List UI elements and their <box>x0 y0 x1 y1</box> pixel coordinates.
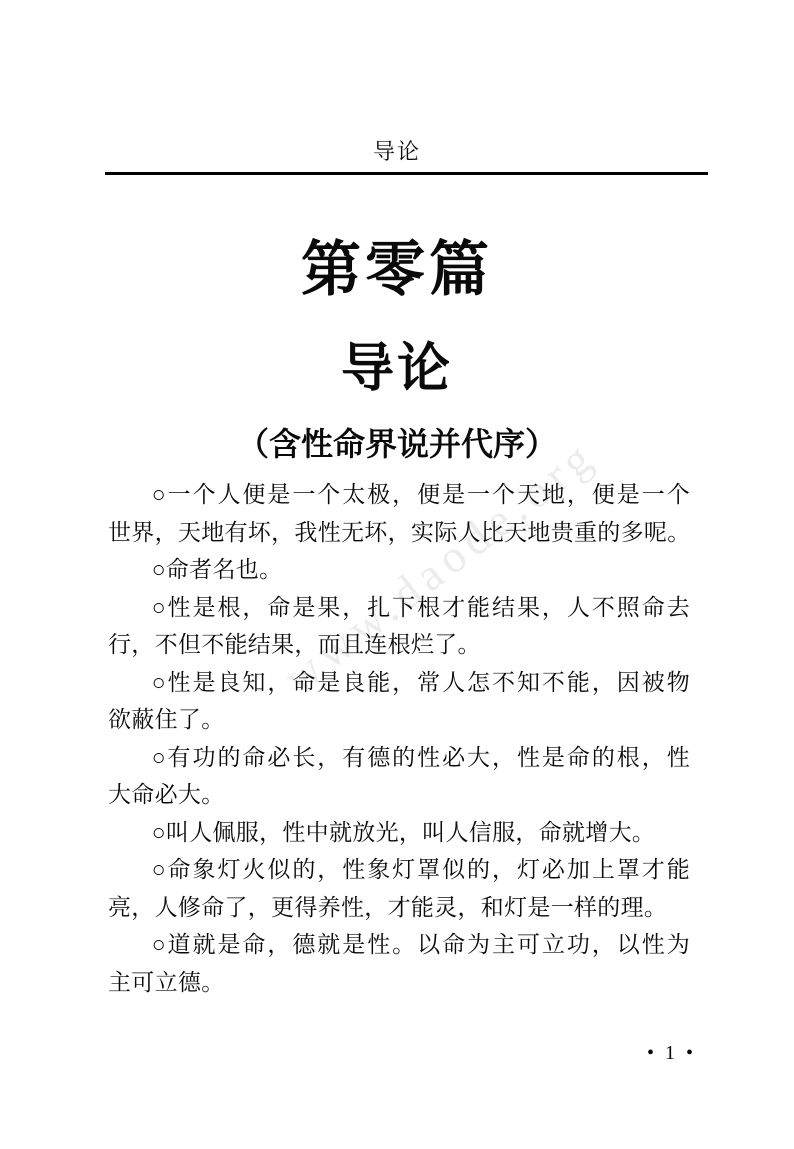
text-line: 世界，天地有坏，我性无坏，实际人比天地贵重的多呢。 <box>108 514 690 552</box>
text-line: ○性是根，命是果，扎下根才能结果，人不照命去 <box>108 589 690 627</box>
text-line: ○性是良知，命是良能，常人怎不知不能，因被物 <box>108 664 690 702</box>
text-line: 主可立德。 <box>108 964 690 1002</box>
text-line: ○有功的命必长，有德的性必大，性是命的根，性 <box>108 739 690 777</box>
text-line: ○叫人佩服，性中就放光，叫人信服，命就增大。 <box>108 814 690 852</box>
text-line: 亮，人修命了，更得养性，才能灵，和灯是一样的理。 <box>108 889 690 927</box>
text-line: 大命必大。 <box>108 776 690 814</box>
text-line: ○一个人便是一个太极，便是一个天地，便是一个 <box>108 476 690 514</box>
paragraph: ○有功的命必长，有德的性必大，性是命的根，性 大命必大。 <box>108 739 690 814</box>
paragraph: ○命象灯火似的，性象灯罩似的，灯必加上罩才能 亮，人修命了，更得养性，才能灵，和… <box>108 851 690 926</box>
paragraph: ○一个人便是一个太极，便是一个天地，便是一个 世界，天地有坏，我性无坏，实际人比… <box>108 476 690 551</box>
running-header: 导论 <box>0 135 794 166</box>
text-line: 行，不但不能结果，而且连根烂了。 <box>108 626 690 664</box>
body-text: ○一个人便是一个太极，便是一个天地，便是一个 世界，天地有坏，我性无坏，实际人比… <box>108 476 690 1001</box>
document-page: 导论 www.daode.org 第零篇 导论 （含性命界说并代序） ○一个人便… <box>0 0 794 1149</box>
subtitle: （含性命界说并代序） <box>0 419 794 465</box>
text-line: ○命象灯火似的，性象灯罩似的，灯必加上罩才能 <box>108 851 690 889</box>
paragraph: ○道就是命，德就是性。以命为主可立功，以性为 主可立德。 <box>108 926 690 1001</box>
header-rule-divider <box>105 172 708 175</box>
paragraph: ○命者名也。 <box>108 551 690 589</box>
paragraph: ○叫人佩服，性中就放光，叫人信服，命就增大。 <box>108 814 690 852</box>
chapter-title: 第零篇 <box>0 222 794 308</box>
text-line: ○命者名也。 <box>108 551 690 589</box>
paragraph: ○性是良知，命是良能，常人怎不知不能，因被物 欲蔽住了。 <box>108 664 690 739</box>
page-title: 导论 <box>0 326 794 402</box>
paragraph: ○性是根，命是果，扎下根才能结果，人不照命去 行，不但不能结果，而且连根烂了。 <box>108 589 690 664</box>
text-line: 欲蔽住了。 <box>108 701 690 739</box>
page-number: • 1 • <box>647 1042 696 1065</box>
text-line: ○道就是命，德就是性。以命为主可立功，以性为 <box>108 926 690 964</box>
